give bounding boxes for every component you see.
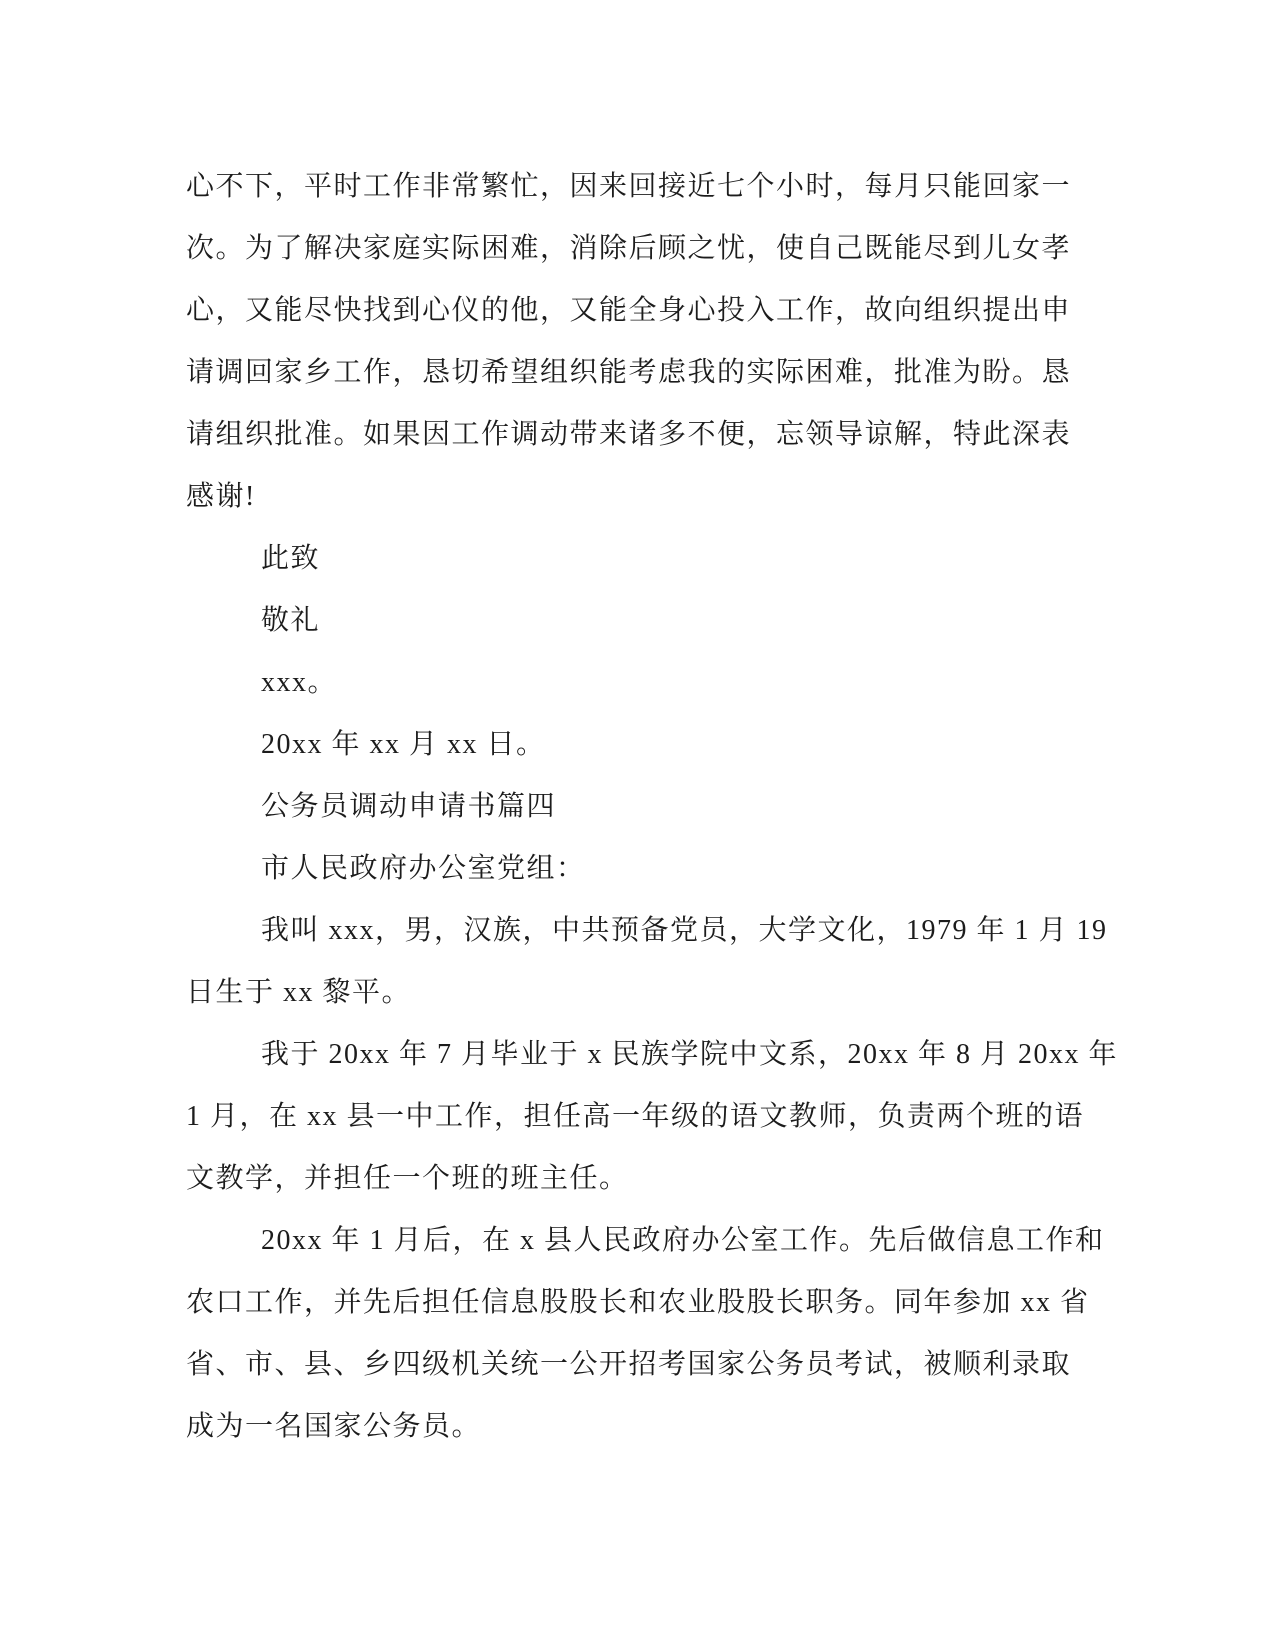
section-title-line: 公务员调动申请书篇四 [186,776,1126,838]
text-line: 成为一名国家公务员。 [186,1396,1126,1458]
text-line: 心，又能尽快找到心仪的他，又能全身心投入工作，故向组织提出申 [186,280,1126,342]
date-line: 20xx 年 xx 月 xx 日。 [186,714,1126,776]
text-line: 请调回家乡工作，恳切希望组织能考虑我的实际困难，批准为盼。恳 [186,342,1126,404]
closing-salutation-line: 敬礼 [186,590,1126,652]
text-line: 我叫 xxx，男，汉族，中共预备党员，大学文化，1979 年 1 月 19 [186,900,1126,962]
closing-salutation-line: 此致 [186,528,1126,590]
text-line: 文教学，并担任一个班的班主任。 [186,1148,1126,1210]
text-line: 感谢! [186,466,1126,528]
text-line: 心不下，平时工作非常繁忙，因来回接近七个小时，每月只能回家一 [186,156,1126,218]
addressee-line: 市人民政府办公室党组： [186,838,1126,900]
text-line: 农口工作，并先后担任信息股股长和农业股股长职务。同年参加 xx 省 [186,1272,1126,1334]
document-page: 心不下，平时工作非常繁忙，因来回接近七个小时，每月只能回家一 次。为了解决家庭实… [0,0,1275,1650]
signature-line: xxx。 [186,652,1126,714]
text-line: 日生于 xx 黎平。 [186,962,1126,1024]
text-line: 20xx 年 1 月后，在 x 县人民政府办公室工作。先后做信息工作和 [186,1210,1126,1272]
document-text-block: 心不下，平时工作非常繁忙，因来回接近七个小时，每月只能回家一 次。为了解决家庭实… [186,156,1126,1458]
text-line: 次。为了解决家庭实际困难，消除后顾之忧，使自己既能尽到儿女孝 [186,218,1126,280]
text-line: 我于 20xx 年 7 月毕业于 x 民族学院中文系，20xx 年 8 月 20… [186,1024,1126,1086]
text-line: 请组织批准。如果因工作调动带来诸多不便，忘领导谅解，特此深表 [186,404,1126,466]
text-line: 省、市、县、乡四级机关统一公开招考国家公务员考试，被顺利录取 [186,1334,1126,1396]
text-line: 1 月，在 xx 县一中工作，担任高一年级的语文教师，负责两个班的语 [186,1086,1126,1148]
